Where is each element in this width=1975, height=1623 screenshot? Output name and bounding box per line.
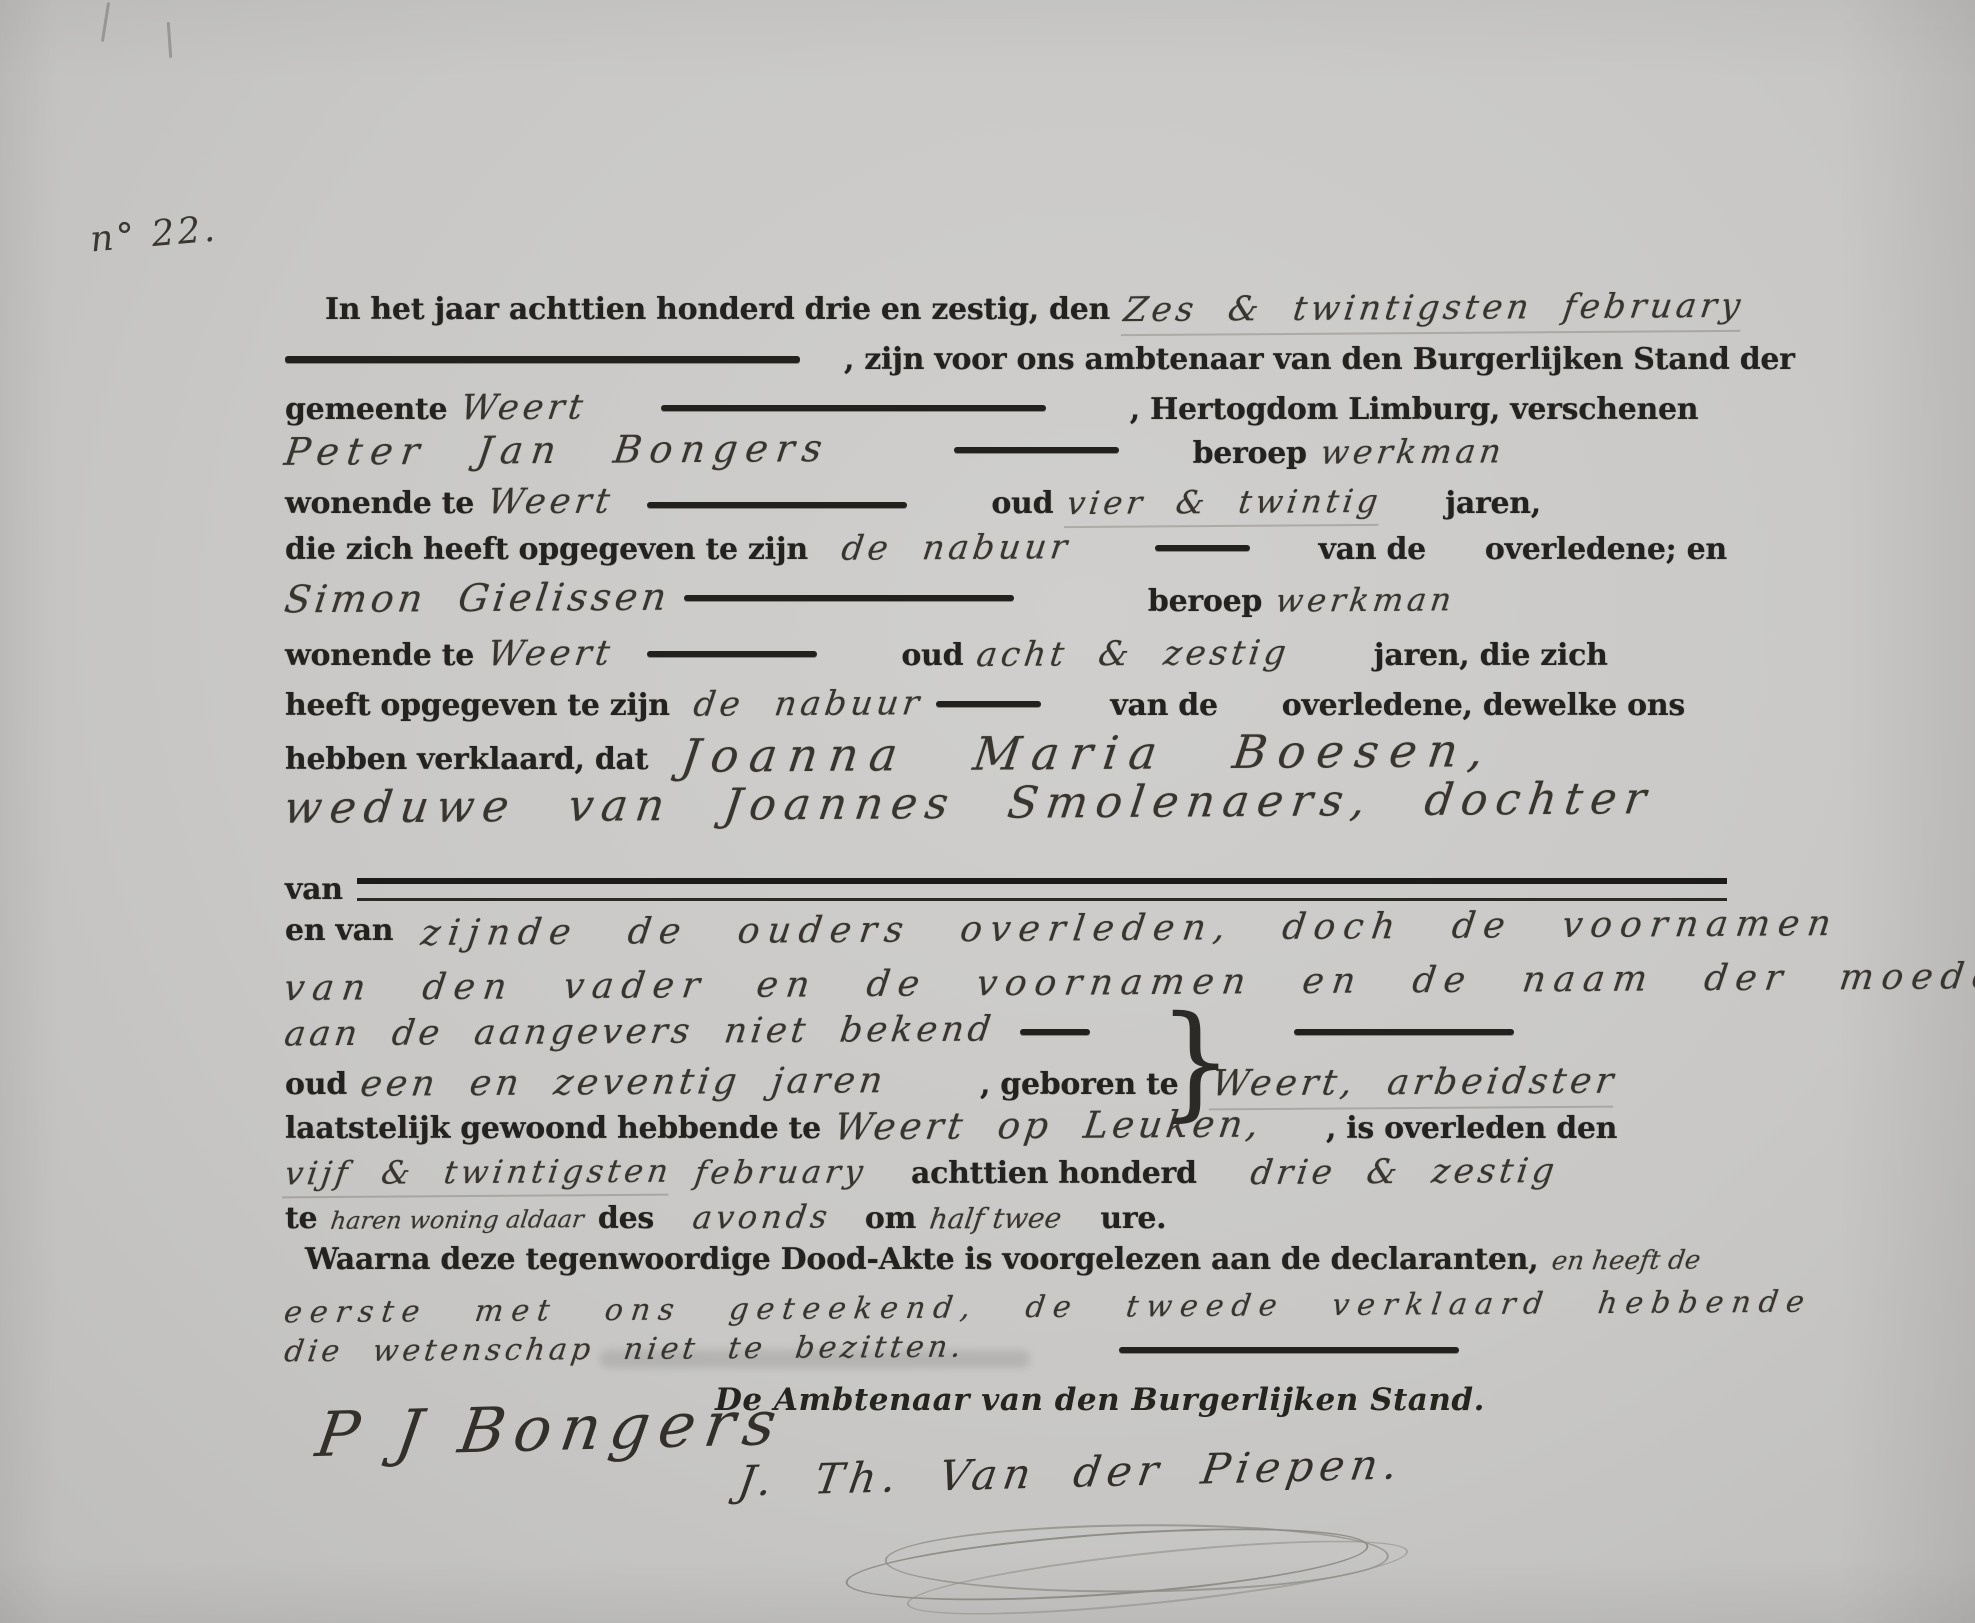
printed-text: oud — [285, 1067, 347, 1102]
printed-text: heeft opgegeven te zijn — [285, 688, 670, 723]
printed-text: hebben verklaard, dat — [285, 742, 648, 777]
handwritten-text: van den vader en de voornamen en de naam… — [281, 956, 1975, 1009]
document-line: Simon Gielissen beroep werkman — [285, 576, 1455, 620]
document-line: wonende te Weert oud vier & twintig jare… — [285, 482, 1541, 527]
handwritten-text: Joanna Maria Boesen, — [678, 723, 1498, 783]
printed-text: oud — [901, 638, 963, 673]
printed-text: achttien honderd — [911, 1156, 1197, 1191]
document-line: van den vader en de voornamen en de naam… — [285, 962, 1975, 1003]
pencil-mark — [101, 2, 110, 42]
handwritten-text: half twee — [928, 1202, 1064, 1236]
document-line: gemeente Weert , Hertogdom Limburg, vers… — [285, 388, 1698, 428]
handwritten-text: Zes & twintigsten february — [1121, 286, 1747, 336]
printed-text: ure. — [1100, 1201, 1166, 1236]
handwritten-text: Peter Jan Bongers — [282, 426, 833, 474]
handwritten-text: de nabuur — [839, 527, 1073, 569]
document-line: van — [285, 872, 1727, 907]
handwritten-text: avonds — [690, 1198, 833, 1237]
printed-text: die zich heeft opgegeven te zijn — [285, 532, 808, 567]
printed-text: beroep — [1193, 436, 1307, 471]
blank-line-rule — [1294, 1029, 1514, 1035]
printed-text: , geboren te — [980, 1067, 1178, 1102]
printed-text: gemeente — [285, 392, 447, 427]
blank-line-rule — [647, 651, 817, 657]
document-line: Waarna deze tegenwoordige Dood-Akte is v… — [285, 1242, 1701, 1277]
printed-text: en van — [285, 913, 393, 948]
document-line: weduwe van Joannes Smolenaers, dochter — [285, 778, 1653, 829]
document-line: hebben verklaard, dat Joanna Maria Boese… — [285, 726, 1494, 780]
blank-line-rule — [936, 701, 1041, 707]
pencil-scribble — [844, 1516, 1391, 1613]
death-certificate-page: n° 22. In het jaar achttien honderd drie… — [0, 0, 1975, 1623]
officer-title: De Ambtenaar van den Burgerlijken Stand. — [715, 1382, 1485, 1418]
printed-text: , zijn voor ons ambtenaar van den Burger… — [844, 342, 1795, 377]
officer-signature: J. Th. Van der Piepen. — [735, 1439, 1407, 1505]
handwritten-text: weduwe van Joannes Smolenaers, dochter — [281, 773, 1657, 834]
handwritten-text: Weert — [459, 388, 590, 429]
printed-text: wonende te — [285, 486, 474, 521]
bleed-through-smudge — [600, 1350, 1030, 1368]
handwritten-text: zijnde de ouders overleden, doch de voor… — [419, 903, 1842, 954]
handwritten-text: de nabuur — [691, 683, 925, 725]
printed-text: jaren, — [1445, 486, 1541, 521]
blank-line-rule — [1155, 545, 1250, 551]
blank-line-double-rule — [357, 878, 1727, 901]
handwritten-text: werkman — [1318, 431, 1507, 471]
handwritten-text: february — [693, 1152, 870, 1191]
blank-line-rule — [954, 447, 1119, 453]
handwritten-text: acht & zestig — [974, 633, 1292, 675]
handwritten-text: vier & twintig — [1064, 482, 1384, 528]
act-number: n° 22. — [88, 209, 219, 261]
printed-text: overledene, dewelke ons — [1282, 688, 1685, 723]
handwritten-text: werkman — [1273, 580, 1457, 619]
document-line: die zich heeft opgegeven te zijn de nabu… — [285, 528, 1727, 568]
document-line: en van zijnde de ouders overleden, doch … — [285, 908, 1838, 949]
document-line: heeft opgegeven te zijn de nabuur van de… — [285, 684, 1685, 724]
printed-text: van de — [1319, 532, 1426, 567]
blank-line-rule — [684, 595, 1014, 601]
printed-text: jaren, die zich — [1374, 638, 1608, 673]
handwritten-text: een en zeventig jaren — [358, 1060, 889, 1105]
printed-text: van de — [1110, 688, 1217, 723]
document-line: wonende te Weert oud acht & zestig jaren… — [285, 634, 1608, 674]
blank-line-rule — [285, 356, 800, 363]
printed-text: beroep — [1148, 584, 1262, 619]
printed-text: wonende te — [285, 638, 474, 673]
blank-line-rule — [661, 405, 1046, 411]
document-line: In het jaar achttien honderd drie en zes… — [285, 288, 1743, 334]
document-line: vijf & twintigsten february achttien hon… — [285, 1152, 1557, 1197]
printed-text: van — [285, 872, 343, 907]
handwritten-text: haren woning aldaar — [329, 1205, 586, 1235]
printed-text: te — [285, 1201, 317, 1236]
printed-text: , is overleden den — [1326, 1111, 1617, 1146]
document-line: , zijn voor ons ambtenaar van den Burger… — [285, 342, 1795, 377]
printed-text: Waarna deze tegenwoordige Dood-Akte is v… — [305, 1242, 1538, 1277]
printed-text: des — [598, 1201, 654, 1236]
handwritten-text: aan de aangevers niet bekend — [282, 1010, 997, 1055]
blank-line-rule — [647, 502, 907, 508]
document-line: laatstelijk gewoond hebbende te Weert op… — [285, 1104, 1617, 1147]
handwritten-text: Weert — [485, 634, 616, 675]
brace-mark: } — [1158, 989, 1233, 1134]
document-line: te haren woning aldaar des avonds om hal… — [285, 1198, 1166, 1236]
declarant-signature: P J Bongers — [312, 1386, 791, 1471]
printed-text: oud — [991, 486, 1053, 521]
printed-text: , Hertogdom Limburg, verschenen — [1130, 392, 1699, 427]
blank-line-rule — [1119, 1347, 1459, 1353]
document-line: oud een en zeventig jaren , geboren te W… — [285, 1062, 1617, 1109]
handwritten-text: en heeft de — [1550, 1245, 1702, 1276]
handwritten-text: Weert, arbeidster — [1209, 1061, 1620, 1111]
handwritten-text: Simon Gielissen — [282, 575, 673, 622]
document-line: Peter Jan Bongers beroep werkman — [285, 428, 1505, 472]
handwritten-text: drie & zestig — [1248, 1151, 1560, 1193]
pencil-mark — [167, 22, 173, 58]
printed-text: laatstelijk gewoond hebbende te — [285, 1111, 821, 1146]
handwritten-text: eerste met ons geteekend, de tweede verk… — [282, 1285, 1814, 1331]
document-line: aan de aangevers niet bekend — [285, 1012, 1514, 1052]
document-line: eerste met ons geteekend, de tweede verk… — [285, 1290, 1811, 1325]
printed-text: In het jaar achttien honderd drie en zes… — [325, 292, 1110, 327]
printed-text: overledene; en — [1485, 532, 1727, 567]
handwritten-text: vijf & twintigsten — [282, 1152, 675, 1199]
printed-text: om — [865, 1201, 916, 1236]
handwritten-text: Weert — [485, 482, 616, 523]
blank-line-rule — [1020, 1029, 1090, 1035]
